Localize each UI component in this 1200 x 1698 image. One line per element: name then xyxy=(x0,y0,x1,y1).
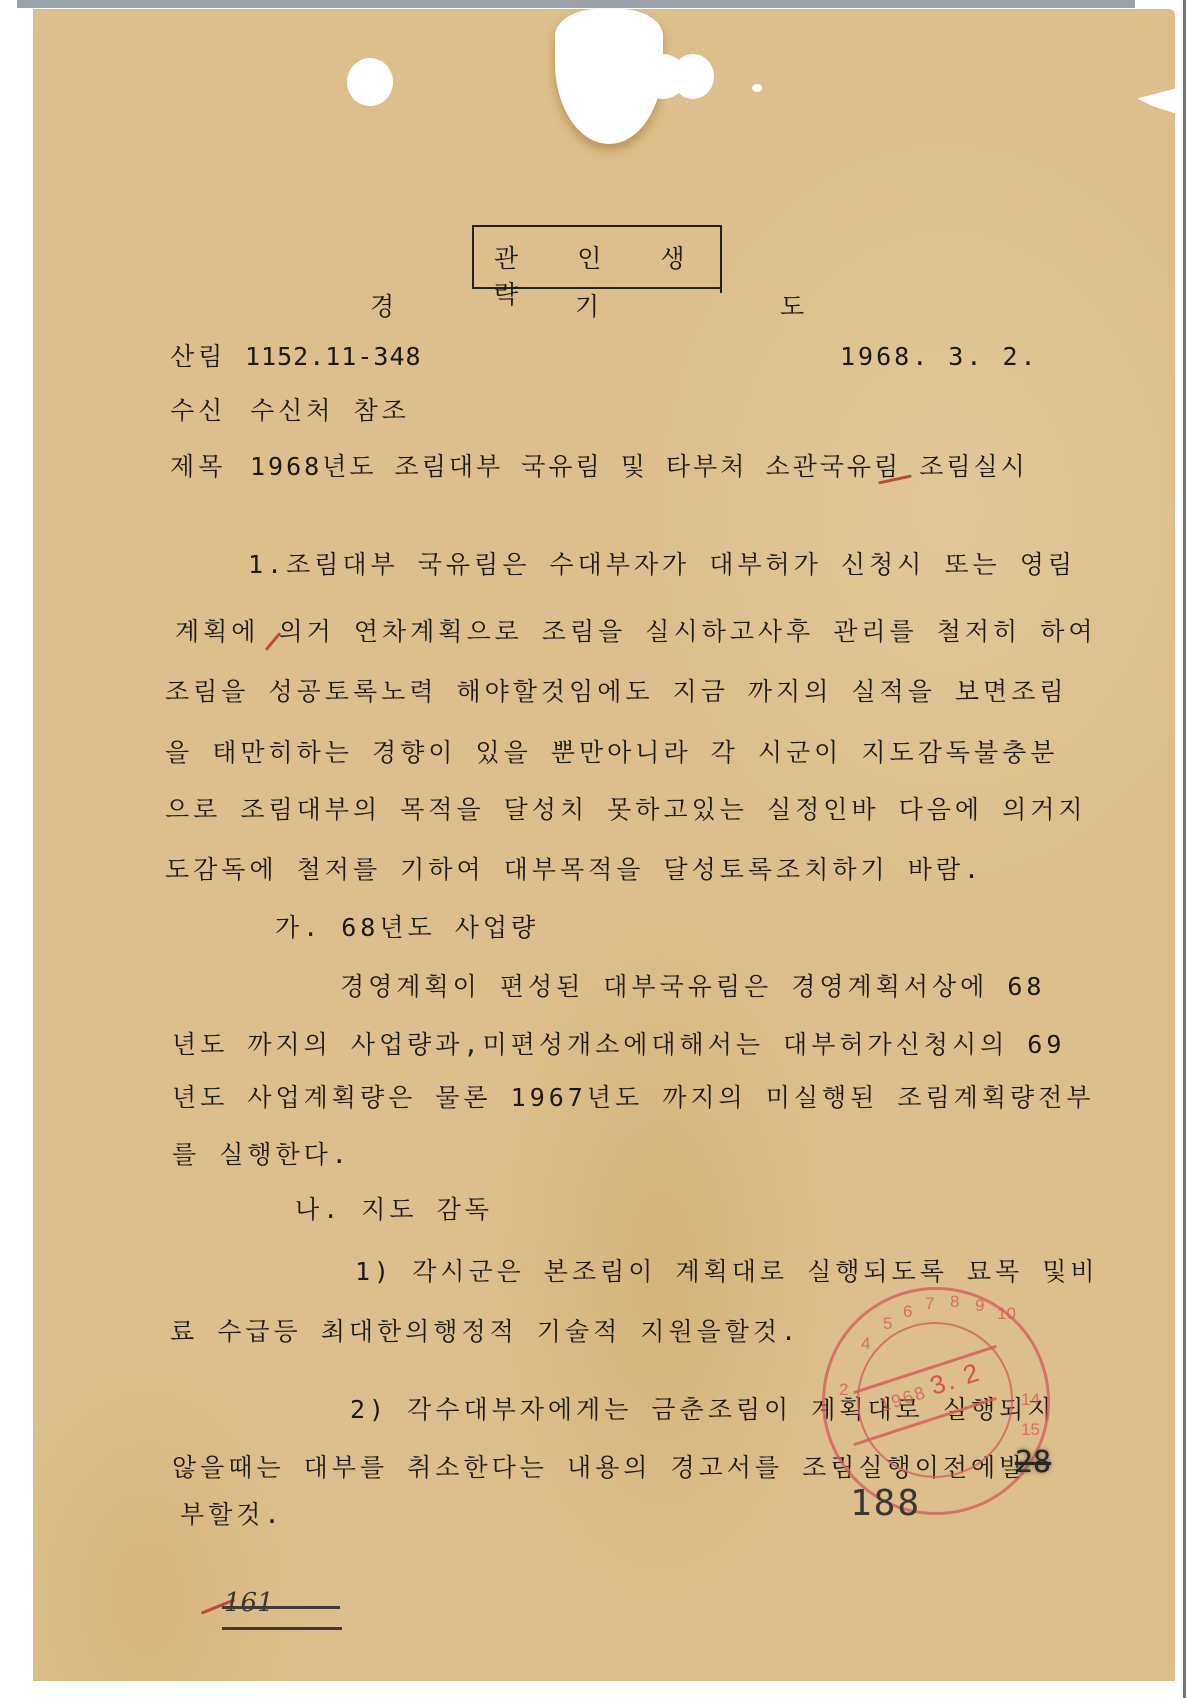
section-na-heading: 나. 지도 감독 xyxy=(295,1195,493,1225)
scanner-right-edge xyxy=(1183,0,1186,1698)
postmark-stamp: 7 8 9 10 6 5 4 2 14 15 19683. 2 xyxy=(822,1287,1050,1515)
reference-number: 1152.11-348 xyxy=(245,342,422,372)
section-ga-line-2: 년도 까지의 사업량과,미편성개소에대해서는 대부허가신청시의 69 xyxy=(172,1030,1065,1060)
seal-omitted-box: 관 인 생 략 xyxy=(472,225,720,289)
scanner-top-edge xyxy=(17,0,1135,8)
issuer-char-2: 기 xyxy=(575,292,603,322)
strike-line xyxy=(222,1627,342,1630)
punch-hole-right-2 xyxy=(672,54,714,99)
body-line-3: 조림을 성공토록노력 해야할것임에도 지금 까지의 실적을 보면조림 xyxy=(165,677,1068,707)
section-na-line-1: 1) 각시군은 본조림이 계획대로 실행되도록 묘목 및비 xyxy=(355,1257,1099,1287)
body-line-4: 을 태만히하는 경향이 있을 뿐만아니라 각 시군이 지도감독불충분 xyxy=(165,738,1058,768)
body-line-5: 으로 조림대부의 목적을 달성치 못하고있는 실정인바 다음에 의거지 xyxy=(165,795,1087,825)
section-ga-line-3: 년도 사업계획량은 물론 1967년도 까지의 미실행된 조림계획량전부 xyxy=(172,1083,1094,1113)
strike-line xyxy=(222,1606,340,1609)
section-na-line-2: 료 수급등 최대한의행정적 기술적 지원을할것. xyxy=(170,1317,800,1347)
handwritten-number: 161 xyxy=(224,1588,274,1618)
crossed-out-page-number: 28 xyxy=(1015,1445,1051,1480)
issuer-char-3: 도 xyxy=(780,292,808,322)
section-ga-line-4: 를 실행한다. xyxy=(172,1140,351,1170)
body-line-1: 1.조림대부 국유림은 수대부자가 대부허가 신청시 또는 영림 xyxy=(248,550,1076,580)
reference-label: 산림 xyxy=(170,342,226,372)
seal-omitted-label: 관 인 생 략 xyxy=(494,239,720,311)
body-line-6: 도감독에 철저를 기하여 대부목적을 달성토록조치하기 바람. xyxy=(165,855,983,885)
recipient-label: 수신 xyxy=(170,396,226,426)
recipient: 수신처 참조 xyxy=(250,396,410,426)
subject-label: 제목 xyxy=(170,452,226,482)
section-ga-heading: 가. 68년도 사업량 xyxy=(275,913,539,943)
section-ga-line-1: 경영계획이 편성된 대부국유림은 경영계획서상에 68 xyxy=(340,972,1045,1002)
body-line-2: 계획에 의거 연차계획으로 조림을 실시하고사후 관리를 철저히 하여 xyxy=(175,617,1097,647)
document-date: 1968. 3. 2. xyxy=(840,342,1039,372)
punch-hole-left xyxy=(347,58,393,106)
section-na-line-5: 부할것. xyxy=(180,1500,284,1530)
page-number: 188 xyxy=(850,1483,921,1524)
issuer-char-1: 경 xyxy=(370,292,398,322)
punch-hole-small xyxy=(752,84,762,92)
